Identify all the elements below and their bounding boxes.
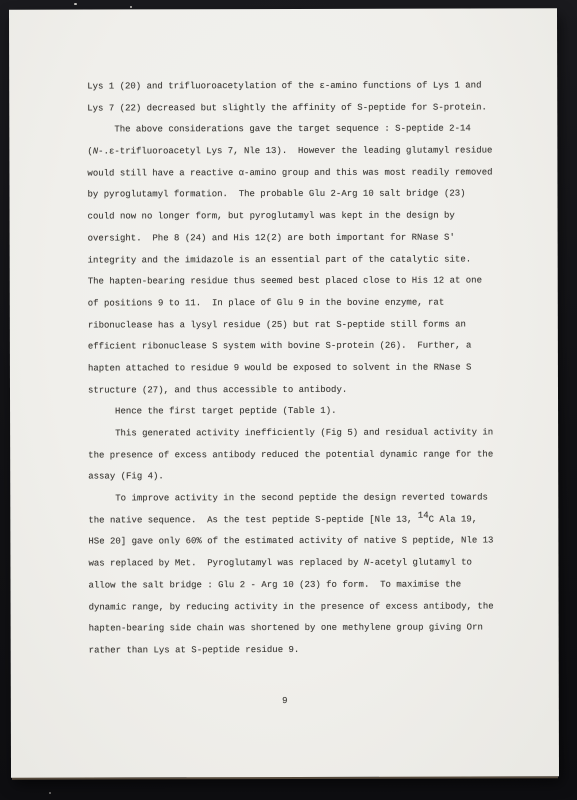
text-line: structure (27), and thus accessible to a…	[88, 379, 493, 402]
text-segment: the presence of excess antibody reduced …	[88, 449, 493, 460]
text-line: oversight. Phe 8 (24) and His 12(2) are …	[88, 227, 493, 250]
text-segment: The hapten-bearing residue thus seemed b…	[88, 276, 482, 287]
text-line: The above considerations gave the target…	[87, 119, 492, 142]
text-segment: Lys 1 (20) and trifluoroacetylation of t…	[87, 80, 481, 91]
text-segment: -.ε-trifluoroacetyl Lys 7, Nle 13). Howe…	[98, 146, 492, 157]
text-line: could now no longer form, but pyroglutam…	[88, 206, 493, 229]
text-line: ribonuclease has a lysyl residue (25) bu…	[88, 314, 493, 337]
text-segment: HSe 20] gave only 60% of the estimated a…	[88, 536, 493, 547]
text-segment: Hence the first target peptide (Table 1)…	[88, 406, 336, 417]
text-line: would still have a reactive α-amino grou…	[87, 162, 492, 185]
text-segment: To improve activity in the second peptid…	[88, 493, 488, 504]
text-segment: C Ala 19,	[429, 514, 478, 524]
text-segment: dynamic range, by reducing activity in t…	[89, 601, 494, 612]
text-segment: rather than Lys at S-peptide residue 9.	[89, 645, 300, 656]
text-segment: hapten attached to residue 9 would be ex…	[88, 362, 471, 373]
text-segment: assay (Fig 4).	[88, 472, 164, 482]
text-line: the presence of excess antibody reduced …	[88, 444, 493, 467]
text-line: This generated activity inefficiently (F…	[88, 422, 493, 445]
scan-speck	[49, 792, 51, 794]
text-segment: the native sequence. As the test peptide…	[88, 514, 417, 525]
text-line: To improve activity in the second peptid…	[88, 488, 493, 511]
text-line: by pyroglutamyl formation. The probable …	[87, 184, 492, 207]
text-line: integrity and the imidazole is an essent…	[88, 249, 493, 272]
text-segment: integrity and the imidazole is an essent…	[88, 254, 471, 265]
text-line: Lys 1 (20) and trifluoroacetylation of t…	[87, 75, 492, 98]
text-line: (N-.ε-trifluoroacetyl Lys 7, Nle 13). Ho…	[87, 141, 492, 164]
superscript-text: 14	[418, 510, 429, 520]
text-line: allow the salt bridge : Glu 2 - Arg 10 (…	[88, 574, 493, 597]
text-segment: This generated activity inefficiently (F…	[88, 427, 493, 438]
text-segment: efficient ribonuclease S system with bov…	[88, 341, 471, 352]
document-text: Lys 1 (20) and trifluoroacetylation of t…	[87, 75, 494, 662]
text-line: of positions 9 to 11. In place of Glu 9 …	[88, 292, 493, 315]
text-segment: -acetyl glutamyl to	[369, 558, 472, 568]
text-line: efficient ribonuclease S system with bov…	[88, 336, 493, 359]
text-segment: of positions 9 to 11. In place of Glu 9 …	[88, 297, 444, 308]
document-page: Lys 1 (20) and trifluoroacetylation of t…	[9, 8, 559, 777]
text-line: assay (Fig 4).	[88, 466, 493, 489]
text-line: dynamic range, by reducing activity in t…	[89, 596, 494, 619]
scan-speck	[130, 6, 132, 8]
text-segment: would still have a reactive α-amino grou…	[87, 167, 492, 178]
page-number: 9	[11, 695, 559, 706]
text-line: Hence the first target peptide (Table 1)…	[88, 401, 493, 424]
text-line: hapten attached to residue 9 would be ex…	[88, 357, 493, 380]
text-segment: structure (27), and thus accessible to a…	[88, 384, 347, 395]
text-segment: hapten-bearing side chain was shortened …	[89, 623, 483, 634]
text-segment: could now no longer form, but pyroglutam…	[88, 211, 455, 222]
text-segment: was replaced by Met. Pyroglutamyl was re…	[88, 558, 363, 569]
text-segment: by pyroglutamyl formation. The probable …	[87, 189, 465, 200]
text-segment: ribonuclease has a lysyl residue (25) bu…	[88, 319, 466, 330]
text-segment: Lys 7 (22) decreased but slightly the af…	[87, 102, 487, 113]
text-line: Lys 7 (22) decreased but slightly the af…	[87, 97, 492, 120]
text-line: rather than Lys at S-peptide residue 9.	[89, 639, 494, 662]
text-line: hapten-bearing side chain was shortened …	[89, 618, 494, 641]
text-line: HSe 20] gave only 60% of the estimated a…	[88, 531, 493, 554]
scan-speck	[74, 3, 77, 5]
text-segment: The above considerations gave the target…	[87, 124, 470, 135]
scan-background: { "page": { "background_color": "#141417…	[0, 0, 577, 800]
text-line: was replaced by Met. Pyroglutamyl was re…	[88, 553, 493, 576]
text-line: the native sequence. As the test peptide…	[88, 509, 493, 532]
text-segment: allow the salt bridge : Glu 2 - Arg 10 (…	[88, 579, 461, 590]
text-line: The hapten-bearing residue thus seemed b…	[88, 271, 493, 294]
text-segment: oversight. Phe 8 (24) and His 12(2) are …	[88, 232, 455, 243]
